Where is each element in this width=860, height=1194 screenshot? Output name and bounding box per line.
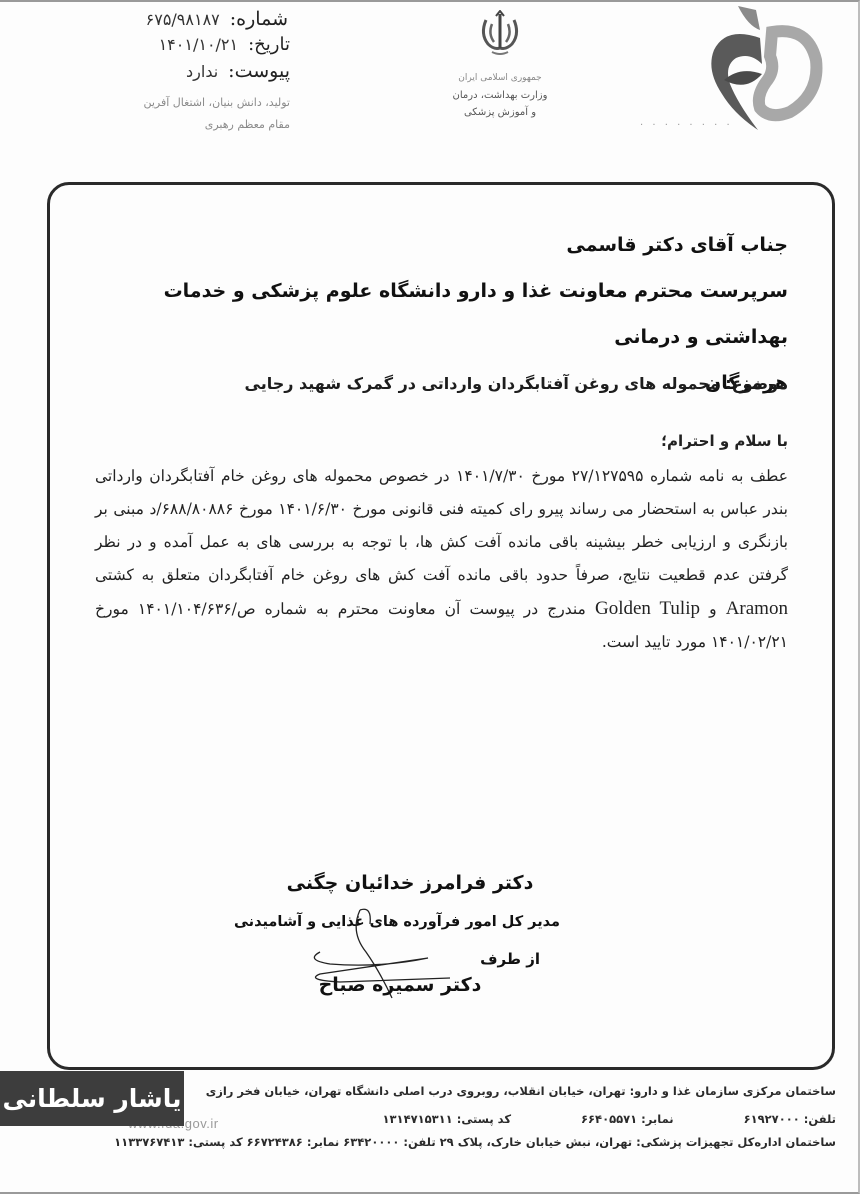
letter-meta: شماره: ۶۷۵/۹۸۱۸۷ تاریخ: ۱۴۰۱/۱۰/۲۱ پیوست… [100,8,290,136]
ministry-emblem: جمهوری اسلامی ایران وزارت بهداشت، درمان … [430,10,570,121]
conjunction: و [709,600,717,618]
ship-name-2: Golden Tulip [595,598,700,619]
footer-postal-code: کد پستی: ۱۳۱۴۷۱۵۳۱۱ [383,1112,512,1126]
addressee-name: جناب آقای دکتر قاسمی [95,222,788,268]
logo-caption: · · · · · · · · [640,120,733,131]
footer-fax: نمابر: ۶۶۴۰۵۵۷۱ [581,1112,674,1126]
letter-date-row: تاریخ: ۱۴۰۱/۱۰/۲۱ [100,34,290,60]
emblem-country: جمهوری اسلامی ایران [430,70,570,87]
deputy-signatory-name: دکتر سمیره صباح [300,974,500,996]
watermark-badge: یاشار سلطانی [0,1071,184,1126]
ship-name-1: Aramon [726,598,788,619]
emblem-ministry-line-2: و آموزش پزشکی [430,104,570,121]
letter-attachment-value: ندارد [186,62,218,81]
letter-number-row: شماره: ۶۷۵/۹۸۱۸۷ [100,8,288,34]
letter-date-label: تاریخ: [248,34,290,55]
letter-number-value: ۶۷۵/۹۸۱۸۷ [146,10,220,29]
letter-attachment-label: پیوست: [228,60,290,82]
footer-phone: تلفن: ۶۱۹۲۷۰۰۰ [744,1112,836,1126]
slogan: تولید، دانش بنیان، اشتغال آفرین مقام معظ… [100,92,290,136]
slogan-line-1: تولید، دانش بنیان، اشتغال آفرین [100,92,290,114]
letter-body-part-1: عطف به نامه شماره ۲۷/۱۲۷۵۹۵ مورخ ۱۴۰۱/۷/… [95,467,788,584]
addressee-title: سرپرست محترم معاونت غذا و دارو دانشگاه ع… [95,268,788,360]
iran-emblem-icon [476,10,524,56]
letter-subject: موضوع: محموله های روغن آفتابگردان واردات… [95,374,788,393]
letter-body: عطف به نامه شماره ۲۷/۱۲۷۵۹۵ مورخ ۱۴۰۱/۷/… [95,460,788,659]
letter-attachment-row: پیوست: ندارد [100,60,290,86]
letter-number-label: شماره: [230,8,288,30]
footer-address-medical: ساختمان اداره‌کل تجهیزات پزشکی: تهران، ن… [60,1135,836,1149]
signatory-name: دکتر فرامرز خدائیان چگنی [240,872,580,894]
emblem-ministry-line-1: وزارت بهداشت، درمان [430,87,570,104]
on-behalf-label: از طرف [440,950,540,968]
letter-greeting: با سلام و احترام؛ [95,432,788,450]
slogan-line-2: مقام معظم رهبری [100,114,290,136]
letter-page: شماره: ۶۷۵/۹۸۱۸۷ تاریخ: ۱۴۰۱/۱۰/۲۱ پیوست… [0,0,860,1194]
fda-logo: · · · · · · · · [630,4,830,134]
letter-date-value: ۱۴۰۱/۱۰/۲۱ [159,35,239,54]
fda-apple-logo-icon [630,4,830,134]
